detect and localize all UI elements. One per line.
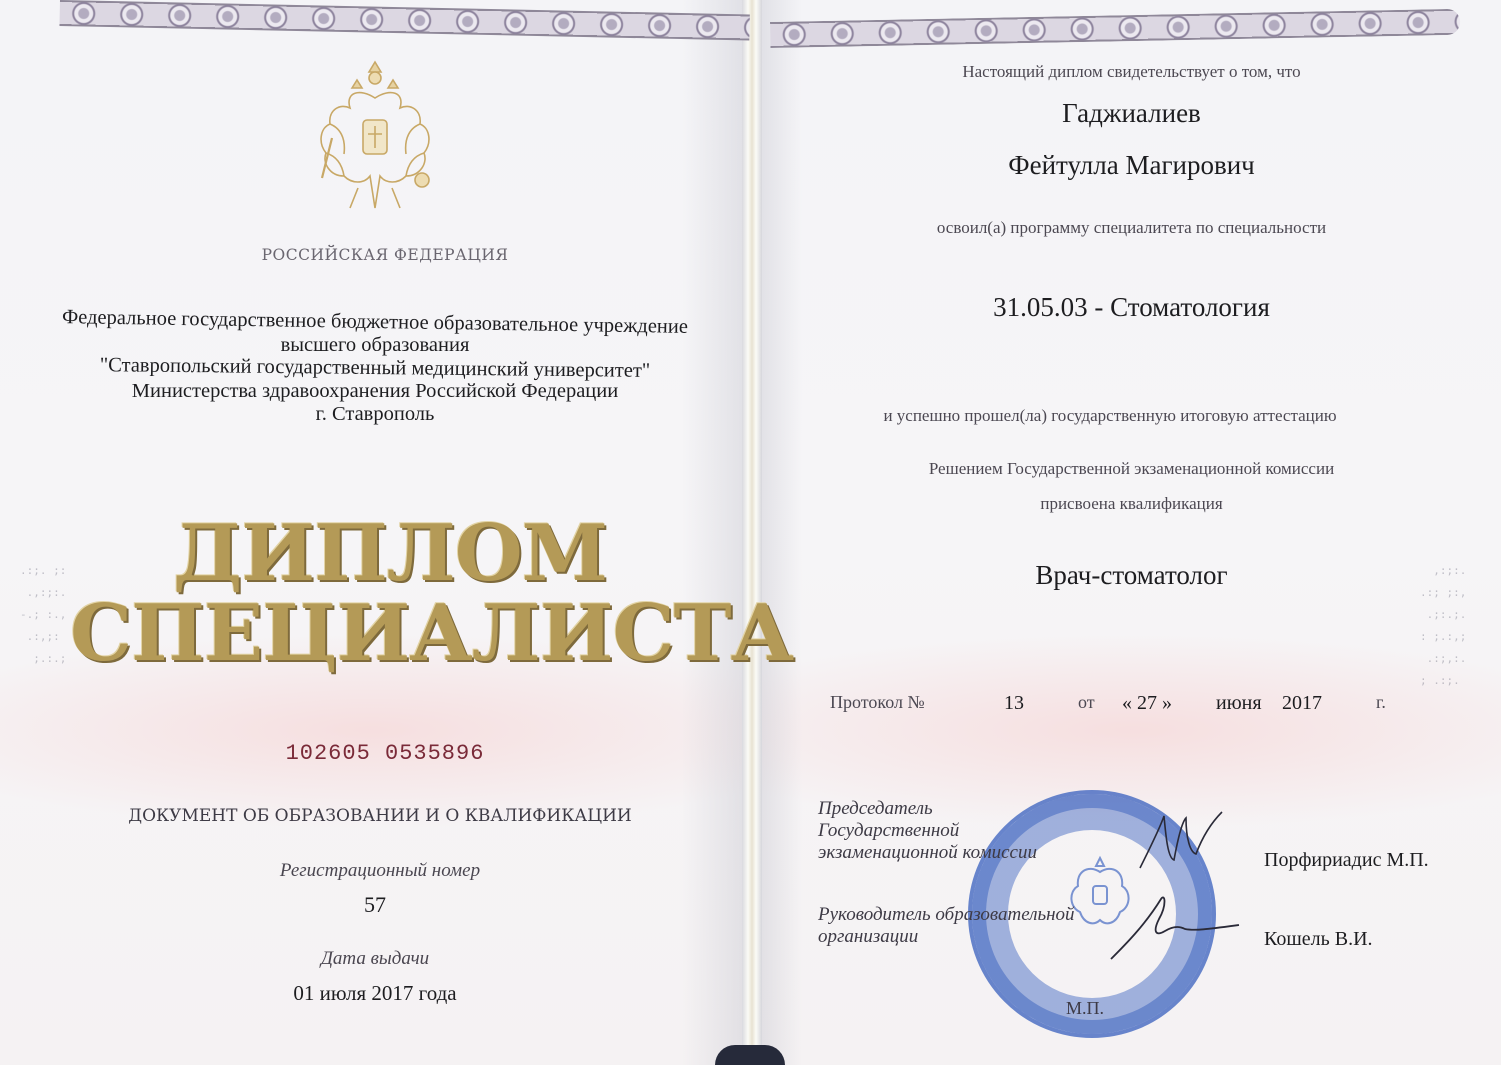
stamp-place-mark: М.П. bbox=[1066, 998, 1104, 1019]
protocol-month: июня bbox=[1216, 692, 1262, 715]
role-line: организации bbox=[818, 926, 1075, 948]
certification-intro: Настоящий диплом свидетельствует о том, … bbox=[762, 62, 1501, 82]
qualification-assigned-label: присвоена квалификация bbox=[762, 494, 1501, 514]
institution-line: Министерства здравоохранения Российской … bbox=[20, 380, 730, 403]
watermark-speckles-left: .:;. ;: .,:;:. -.; :., .:,;: ;.:.; bbox=[20, 560, 66, 670]
chairman-name: Порфириадис М.П. bbox=[1264, 849, 1429, 872]
role-line: Руководитель образовательной bbox=[818, 904, 1075, 926]
attestation-statement: и успешно прошел(ла) государственную ито… bbox=[820, 406, 1400, 426]
issue-date-label: Дата выдачи bbox=[0, 948, 750, 970]
protocol-year: 2017 bbox=[1282, 692, 1322, 715]
qualification: Врач-стоматолог bbox=[762, 560, 1501, 591]
registration-number-label: Регистрационный номер bbox=[0, 860, 760, 882]
issue-date: 01 июля 2017 года bbox=[0, 981, 750, 1006]
diploma-title-line1: ДИПЛОМ bbox=[70, 508, 710, 599]
graduate-surname: Гаджиалиев bbox=[762, 98, 1501, 129]
head-of-organization-name: Кошель В.И. bbox=[1264, 928, 1373, 951]
registration-number: 57 bbox=[0, 892, 750, 918]
cover-edge bbox=[715, 1045, 785, 1065]
chairman-signature-icon bbox=[1130, 808, 1230, 878]
role-line: Государственной bbox=[818, 820, 1037, 842]
serial-number: 102605 0535896 bbox=[0, 741, 770, 766]
head-of-organization-role: Руководитель образовательной организации bbox=[818, 904, 1075, 948]
country-label: РОССИЙСКАЯ ФЕДЕРАЦИЯ bbox=[0, 246, 770, 264]
head-signature-icon bbox=[1105, 885, 1245, 965]
diploma-title-line2: СПЕЦИАЛИСТА bbox=[70, 588, 710, 679]
document-type: ДОКУМЕНТ ОБ ОБРАЗОВАНИИ И О КВАЛИФИКАЦИИ bbox=[0, 806, 760, 826]
protocol-from-label: от bbox=[1078, 692, 1095, 713]
coat-of-arms-icon bbox=[300, 58, 450, 223]
institution-name: Федеральное государственное бюджетное об… bbox=[20, 311, 730, 426]
program-statement: освоил(а) программу специалитета по спец… bbox=[762, 218, 1501, 238]
graduate-given-names: Фейтулла Магирович bbox=[762, 150, 1501, 181]
commission-decision: Решением Государственной экзаменационной… bbox=[762, 459, 1501, 479]
institution-line: г. Ставрополь bbox=[20, 403, 730, 426]
protocol-number: 13 bbox=[1004, 692, 1024, 715]
protocol-day: « 27 » bbox=[1122, 692, 1172, 715]
role-line: экзаменационной комиссии bbox=[818, 842, 1037, 864]
protocol-label: Протокол № bbox=[830, 692, 925, 713]
role-line: Председатель bbox=[818, 798, 1037, 820]
specialty: 31.05.03 - Стоматология bbox=[762, 292, 1501, 323]
protocol-year-suffix: г. bbox=[1376, 692, 1386, 713]
chairman-role: Председатель Государственной экзаменацио… bbox=[818, 798, 1037, 864]
